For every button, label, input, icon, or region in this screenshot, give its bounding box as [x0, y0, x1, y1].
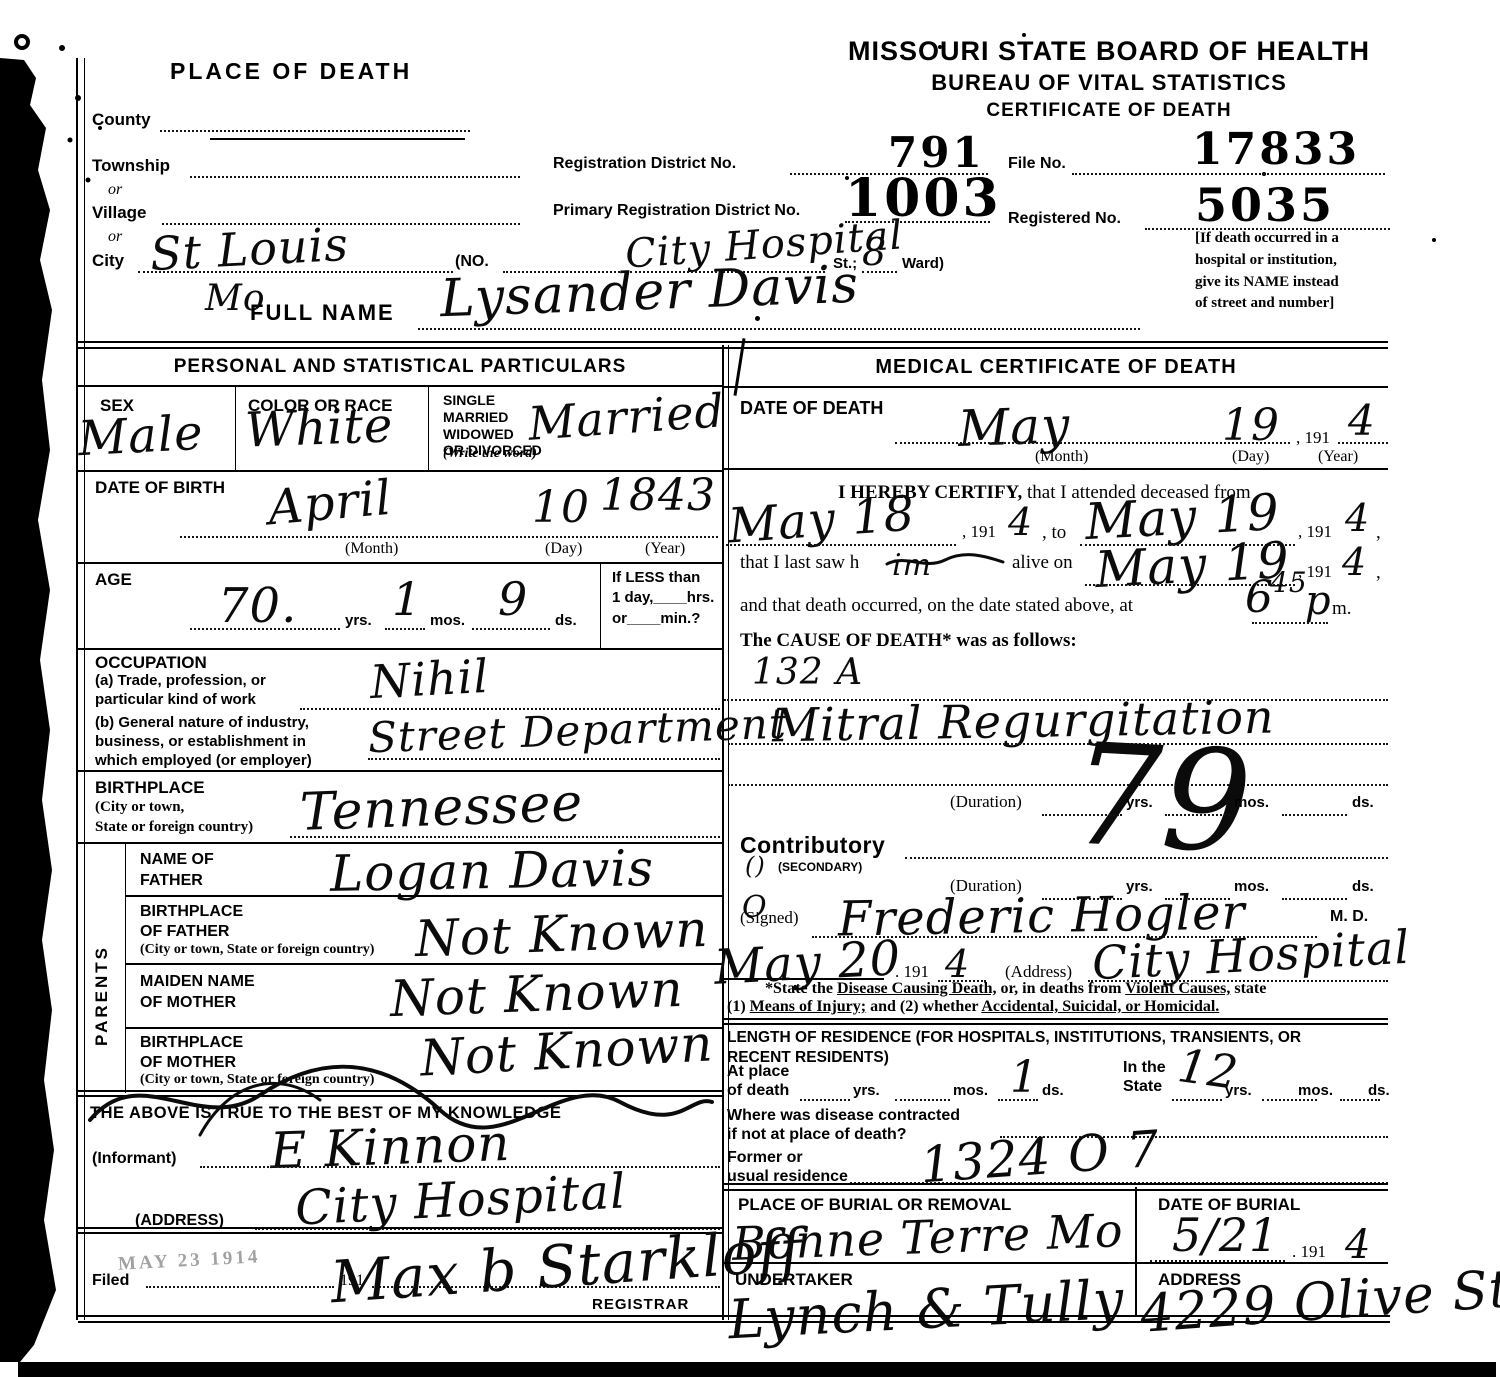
- dob-year-value: 1843: [600, 470, 716, 521]
- certificate-title: CERTIFICATE OF DEATH: [828, 100, 1390, 122]
- attended-from-line: [726, 528, 956, 546]
- duration-line: [1282, 884, 1347, 900]
- city-label: City: [92, 251, 124, 271]
- filed-line: [146, 1270, 334, 1288]
- registered-no-line: [1145, 210, 1390, 230]
- cause-of-death-label: The CAUSE OF DEATH* was as follows:: [740, 630, 1077, 651]
- cell-divider: [235, 387, 236, 470]
- edge-text: nt.: [0, 168, 10, 183]
- year-caption: (Year): [645, 540, 685, 558]
- occupation-b-line-rule: [368, 742, 720, 760]
- hospital-note-line: hospital or institution,: [1195, 250, 1390, 272]
- ds-label: ds.: [1042, 1082, 1064, 1099]
- footnote-text: state: [1230, 980, 1266, 997]
- age-label: AGE: [95, 570, 132, 590]
- column-divider: [722, 345, 724, 1320]
- header-rule: [78, 341, 1388, 349]
- day-caption: (Day): [545, 540, 582, 558]
- hospital-note-line: give its NAME instead: [1195, 272, 1390, 294]
- ds-label: ds.: [1352, 794, 1374, 811]
- yrs-label: yrs.: [1126, 794, 1153, 811]
- father-birthplace-label-line: OF FATHER: [140, 922, 243, 942]
- father-name-label-line: NAME OF: [140, 850, 214, 871]
- birthplace-note: (City or town, State or foreign country): [95, 798, 253, 837]
- mother-maiden-label-line: OF MOTHER: [140, 993, 255, 1014]
- attended-from-year: 4: [1008, 500, 1033, 544]
- ds-label: ds.: [555, 612, 577, 629]
- village-label: Village: [92, 203, 147, 223]
- comma: ,: [1376, 562, 1381, 584]
- at-place-label-line: At place: [727, 1062, 789, 1081]
- footnote-text: or, in deaths from: [997, 980, 1126, 997]
- contributory-line: [905, 843, 1388, 859]
- occupation-b-line: which employed (or employer): [95, 752, 312, 771]
- at-place-label: At place of death: [727, 1062, 789, 1100]
- age-note: If LESS than 1 day,____hrs. or____min.?: [612, 568, 714, 629]
- registered-no-label: Registered No.: [1008, 210, 1121, 228]
- personal-section-title: PERSONAL AND STATISTICAL PARTICULARS: [78, 356, 722, 378]
- year-caption: (Year): [1318, 448, 1358, 466]
- ds-label: ds.: [1352, 878, 1374, 895]
- former-residence-line: [850, 1168, 1388, 1184]
- mos-label: mos.: [953, 1082, 988, 1099]
- rule: [724, 468, 1388, 470]
- former-residence-label-line: Former or: [727, 1148, 848, 1167]
- occupation-b-line: business, or establishment in: [95, 733, 312, 752]
- mos-label: mos.: [1298, 1082, 1333, 1099]
- rule: [78, 648, 722, 650]
- footnote-underlined: Accidental, Suicidal, or Homicidal.: [981, 998, 1219, 1015]
- him-strikethrough: [885, 550, 1005, 574]
- file-no-label: File No.: [1008, 155, 1066, 173]
- occupation-a-label: (a) Trade, profession, or particular kin…: [95, 672, 266, 710]
- speck: [1432, 238, 1436, 242]
- footnote-text: *State the: [765, 980, 837, 997]
- in-state-label-line: State: [1123, 1077, 1166, 1096]
- file-no-line: [1072, 155, 1385, 175]
- birthplace-line: [290, 820, 720, 838]
- bottom-scan-bar: [18, 1362, 1496, 1377]
- year-printed: , 191: [1296, 428, 1330, 448]
- father-name-value: Logan Davis: [330, 839, 655, 903]
- rule: [78, 770, 722, 772]
- year-printed: , 191: [1298, 522, 1332, 542]
- rule: [78, 385, 722, 387]
- footnote-text: and (2) whether: [866, 998, 981, 1015]
- board-title: MISSOURI STATE BOARD OF HEALTH: [828, 36, 1390, 67]
- duration-line: [1042, 800, 1122, 816]
- burial-date-line: [1150, 1246, 1285, 1262]
- year-printed: , 191: [962, 522, 996, 542]
- hospital-note-line: of street and number]: [1195, 293, 1390, 315]
- cause-of-death-statement: The CAUSE OF DEATH* was as follows:: [740, 630, 1077, 652]
- residence-line: [895, 1085, 950, 1101]
- age-line: [385, 612, 425, 630]
- father-birthplace-label-line: BIRTHPLACE: [140, 902, 243, 922]
- registrar-label: REGISTRAR: [592, 1296, 689, 1313]
- secondary-label: (SECONDARY): [778, 860, 862, 874]
- marital-label-line: WIDOWED: [443, 426, 542, 443]
- residence-line: [998, 1085, 1038, 1101]
- or-label: or: [108, 181, 122, 199]
- parents-label: PARENTS: [92, 945, 112, 1046]
- signed-label: (Signed): [740, 908, 799, 928]
- occupation-b-label: (b) General nature of industry, business…: [95, 714, 312, 770]
- month-caption: (Month): [1035, 448, 1088, 466]
- primary-reg-line: [845, 203, 990, 223]
- yrs-label: yrs.: [853, 1082, 880, 1099]
- rule-heavy: [724, 1183, 1388, 1191]
- yrs-label: yrs.: [345, 612, 372, 629]
- father-birthplace-label: BIRTHPLACE OF FATHER: [140, 902, 243, 942]
- cell-divider: [428, 387, 429, 470]
- comma: ,: [1376, 522, 1381, 544]
- mother-maiden-label: MAIDEN NAME OF MOTHER: [140, 972, 255, 1014]
- alive-on-printed: alive on: [1012, 552, 1073, 574]
- father-name-label-line: FATHER: [140, 871, 214, 892]
- marital-value: Married: [526, 383, 726, 451]
- duration-line: [1282, 800, 1347, 816]
- township-label: Township: [92, 156, 170, 176]
- date-of-death-label: DATE OF DEATH: [740, 398, 883, 419]
- reg-district-label: Registration District No.: [553, 155, 736, 173]
- death-certificate-scan: nt. PLACE OF DEATH MISSOURI STATE BOARD …: [0, 0, 1500, 1377]
- informant-line: [200, 1150, 720, 1168]
- sex-value: Male: [77, 405, 205, 467]
- hospital-note: [If death occurred in a hospital or inst…: [1195, 228, 1390, 315]
- birthplace-note-line: (City or town,: [95, 798, 253, 818]
- cause-line: [728, 770, 1388, 786]
- yrs-label: yrs.: [1225, 1082, 1252, 1099]
- city-value: St Louis: [149, 217, 350, 281]
- footnote-underlined: Disease Causing Death,: [837, 980, 997, 997]
- residence-line: [800, 1085, 850, 1101]
- place-of-death-title: PLACE OF DEATH: [170, 58, 412, 85]
- mos-label: mos.: [1234, 794, 1269, 811]
- birthplace-label: BIRTHPLACE: [95, 778, 205, 798]
- stray-mark-paren: (): [745, 852, 766, 880]
- footnote-underlined: Means of Injury;: [750, 998, 866, 1015]
- medical-section-title: MEDICAL CERTIFICATE OF DEATH: [724, 356, 1388, 379]
- rule: [724, 386, 1388, 388]
- form-left-border: [76, 58, 78, 1320]
- in-state-label: In the State: [1123, 1058, 1166, 1096]
- full-name-label: FULL NAME: [250, 300, 395, 326]
- occupation-b-line: (b) General nature of industry,: [95, 714, 312, 733]
- at-place-label-line: of death: [727, 1081, 789, 1100]
- occupation-a-line: (a) Trade, profession, or: [95, 672, 266, 691]
- birthplace-note-line: State or foreign country): [95, 818, 253, 838]
- full-name-line: [418, 310, 1140, 330]
- dob-label: DATE OF BIRTH: [95, 478, 225, 498]
- age-line: [472, 612, 550, 630]
- contracted-label-line: Where was disease contracted: [727, 1106, 960, 1125]
- duration-label: (Duration): [950, 792, 1022, 812]
- to-printed: , to: [1042, 522, 1066, 544]
- year-printed: . 191: [1292, 1242, 1326, 1262]
- footnote-line1: *State the Disease Causing Death, or, in…: [765, 980, 1266, 998]
- rule-heavy: [724, 1018, 1388, 1025]
- age-note-line: or____min.?: [612, 609, 714, 629]
- footnote-text: (1): [727, 998, 750, 1015]
- ward-label: Ward): [902, 255, 944, 272]
- m-printed: m.: [1332, 598, 1352, 620]
- age-line: [190, 612, 340, 630]
- death-time-min: 45: [1270, 566, 1308, 599]
- marital-note: (Write the word): [443, 446, 537, 462]
- death-time-line: [1252, 608, 1328, 624]
- cause-line: [728, 729, 1388, 745]
- footnote-underlined: Violent Causes,: [1125, 980, 1230, 997]
- dob-line: [180, 518, 718, 538]
- ward-line: [862, 253, 897, 273]
- county-label: County: [92, 110, 151, 130]
- form-bottom-border: [78, 1315, 1390, 1323]
- father-name-label: NAME OF FATHER: [140, 850, 214, 892]
- primary-reg-label: Primary Registration District No.: [553, 202, 800, 220]
- former-residence-label: Former or usual residence: [727, 1148, 848, 1186]
- bureau-title: BUREAU OF VITAL STATISTICS: [828, 70, 1390, 96]
- attended-to-year: 4: [1345, 496, 1370, 540]
- or-label: or: [108, 228, 122, 246]
- county-line: [160, 112, 470, 132]
- year-line: [1338, 426, 1388, 444]
- rule: [125, 895, 722, 897]
- address-label: (Address): [1005, 962, 1072, 982]
- hospital-note-line: [If death occurred in a: [1195, 228, 1390, 250]
- footnote-line2: (1) Means of Injury; and (2) whether Acc…: [727, 998, 1219, 1016]
- age-note-line: 1 day,____hrs.: [612, 588, 714, 608]
- color-race-value: White: [244, 397, 394, 458]
- death-occurred-statement: and that death occurred, on the date sta…: [740, 595, 1133, 617]
- last-saw-statement: that I last saw h: [740, 552, 859, 574]
- month-caption: (Month): [345, 540, 398, 558]
- burial-cell-divider: [1135, 1187, 1137, 1317]
- rule: [78, 562, 722, 564]
- residence-line: [1172, 1085, 1222, 1101]
- duration-line: [1165, 800, 1230, 816]
- age-note-line: If LESS than: [612, 568, 714, 588]
- county-underline: [210, 138, 465, 140]
- mother-maiden-label-line: MAIDEN NAME: [140, 972, 255, 993]
- occupation-a-line: particular kind of work: [95, 691, 266, 710]
- informant-label: (Informant): [92, 1150, 176, 1168]
- cell-divider: [600, 564, 601, 648]
- ds-label: ds.: [1368, 1082, 1390, 1099]
- occupation-label: OCCUPATION: [95, 653, 207, 673]
- rule: [724, 1262, 1388, 1264]
- township-line: [190, 158, 520, 178]
- day-caption: (Day): [1232, 448, 1269, 466]
- year-printed: . 191: [895, 962, 929, 982]
- father-birthplace-note: (City or town, State or foreign country): [140, 942, 374, 958]
- mos-label: mos.: [430, 612, 465, 629]
- father-birthplace-value: Not Known: [414, 900, 709, 968]
- last-saw-year: 4: [1342, 540, 1367, 584]
- in-state-label-line: In the: [1123, 1058, 1166, 1077]
- date-of-death-line: [895, 426, 1290, 444]
